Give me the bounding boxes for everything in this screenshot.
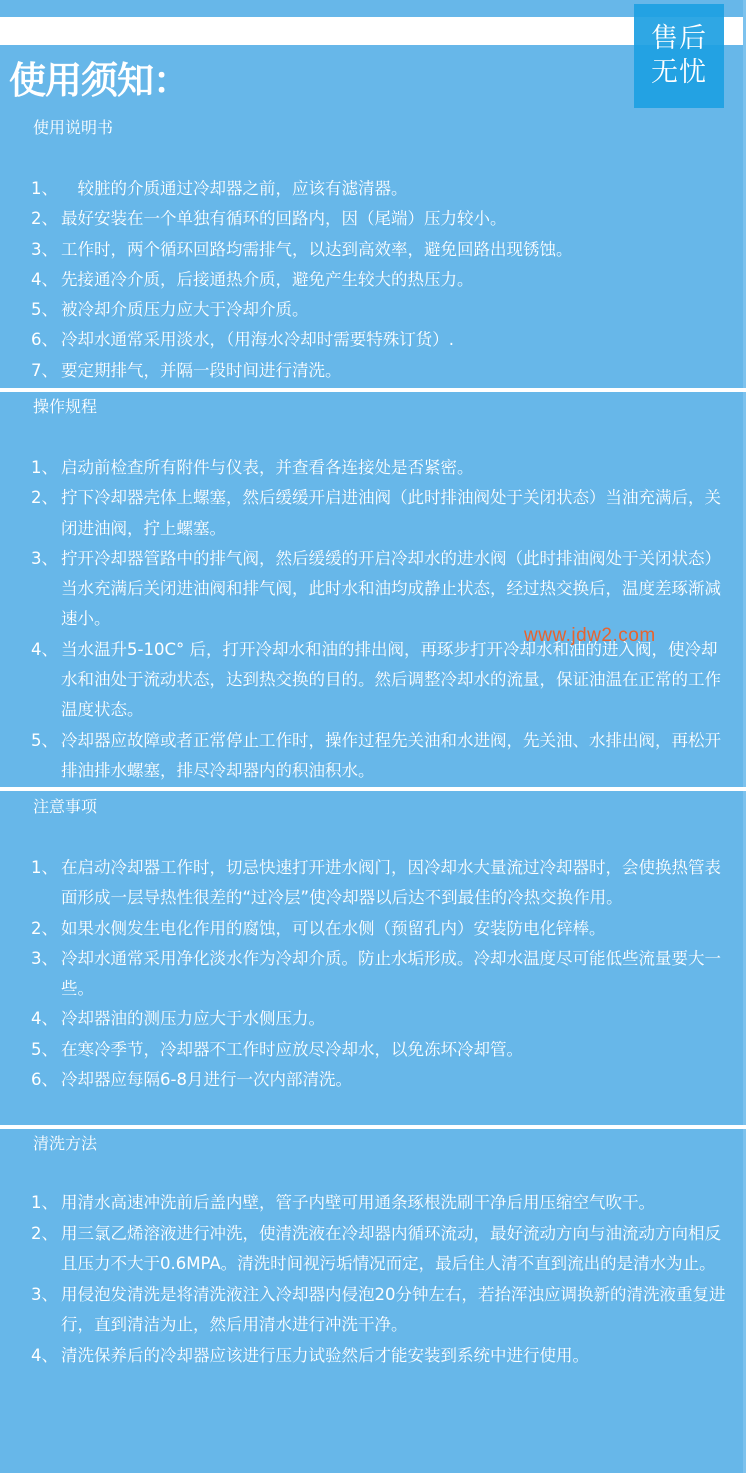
list-item: 4、当水温升5-10C° 后，打开冷却水和油的排出阀，再琢步打开冷却水和油的进入… [31, 635, 731, 726]
list-item: 4、冷却器油的测压力应大于水侧压力。 [31, 1004, 731, 1034]
item-text: 先接通冷介质，后接通热介质，避免产生较大的热压力。 [61, 270, 474, 289]
item-number: 7、 [31, 356, 61, 386]
badge-line-1: 售后 [651, 22, 707, 56]
list-item: 3、拧开冷却器管路中的排气阀，然后缓缓的开启冷却水的进水阀（此时排油阀处于关闭状… [31, 544, 731, 635]
item-text: 最好安装在一个单独有循环的回路内，因（尾端）压力较小。 [61, 209, 507, 228]
list-item: 2、用三氯乙烯溶液进行冲洗，使清洗液在冷却器内循环流动，最好流动方向与油流动方向… [31, 1219, 731, 1280]
list-item: 1、启动前检查所有附件与仪表，并查看各连接处是否紧密。 [31, 453, 731, 483]
section-title-cleaning: 清洗方法 [33, 1133, 97, 1155]
item-number: 1、 [31, 1188, 61, 1219]
list-item: 3、工作时，两个循环回路均需排气，以达到高效率，避免回路出现锈蚀。 [31, 235, 731, 265]
item-text: 当水温升5-10C° 后，打开冷却水和油的排出阀，再琢步打开冷却水和油的进入阀，… [61, 640, 721, 720]
list-item: 4、先接通冷介质，后接通热介质，避免产生较大的热压力。 [31, 265, 731, 295]
badge-line-2: 无忧 [651, 56, 707, 90]
list-item: 2、拧下冷却器壳体上螺塞，然后缓缓开启进油阀（此时排油阀处于关闭状态）当油充满后… [31, 483, 731, 544]
item-text: 要定期排气，并隔一段时间进行清洗。 [61, 361, 342, 380]
section-divider [0, 787, 746, 791]
list-item: 7、要定期排气，并隔一段时间进行清洗。 [31, 356, 731, 386]
item-number: 3、 [31, 1280, 61, 1311]
section-title-operation: 操作规程 [33, 396, 97, 418]
instructions-page: 售后 无忧 使用须知： 使用说明书 1、 较脏的介质通过冷却器之前，应该有滤清器… [0, 0, 746, 1473]
precautions-list: 1、在启动冷却器工作时，切忌快速打开进水阀门，因冷却水大量流过冷却器时，会使换热… [31, 853, 731, 1095]
list-item: 3、冷却水通常采用净化淡水作为冷却介质。防止水垢形成。冷却水温度尽可能低些流量要… [31, 944, 731, 1005]
item-number: 1、 [31, 174, 61, 204]
item-text: 用侵泡发清洗是将清洗液注入冷却器内侵泡20分钟左右，若抬浑浊应调换新的清洗液重复… [61, 1285, 726, 1335]
list-item: 4、清洗保养后的冷却器应该进行压力试验然后才能安装到系统中进行使用。 [31, 1341, 731, 1372]
item-number: 4、 [31, 265, 61, 295]
item-number: 4、 [31, 635, 61, 665]
watermark-link: www.jdw2.com [524, 625, 656, 647]
item-text: 冷却水通常采用淡水，（用海水冷却时需要特殊订货）. [61, 330, 454, 349]
after-sales-badge: 售后 无忧 [634, 4, 724, 108]
item-number: 6、 [31, 1065, 61, 1095]
item-text: 用清水高速冲洗前后盖内壁，管子内壁可用通条琢根洗刷干净后用压缩空气吹干。 [61, 1193, 655, 1212]
section-title-precautions: 注意事项 [33, 796, 97, 818]
list-item: 5、被冷却介质压力应大于冷却介质。 [31, 295, 731, 325]
item-number: 3、 [31, 944, 61, 974]
list-item: 5、在寒冷季节，冷却器不工作时应放尽冷却水，以免冻坏冷却管。 [31, 1035, 731, 1065]
item-text: 较脏的介质通过冷却器之前，应该有滤清器。 [61, 179, 408, 198]
list-item: 3、用侵泡发清洗是将清洗液注入冷却器内侵泡20分钟左右，若抬浑浊应调换新的清洗液… [31, 1280, 731, 1341]
list-item: 6、冷却水通常采用淡水，（用海水冷却时需要特殊订货）. [31, 325, 731, 355]
section-divider [0, 1125, 746, 1129]
item-number: 1、 [31, 453, 61, 483]
list-item: 1、在启动冷却器工作时，切忌快速打开进水阀门，因冷却水大量流过冷却器时，会使换热… [31, 853, 731, 914]
item-number: 1、 [31, 853, 61, 883]
item-text: 在启动冷却器工作时，切忌快速打开进水阀门，因冷却水大量流过冷却器时，会使换热管表… [61, 858, 721, 907]
section-divider [0, 388, 746, 392]
list-item: 1、用清水高速冲洗前后盖内壁，管子内壁可用通条琢根洗刷干净后用压缩空气吹干。 [31, 1188, 731, 1219]
item-text: 如果水侧发生电化作用的腐蚀，可以在水侧（预留孔内）安装防电化锌棒。 [61, 919, 606, 938]
operation-list: 1、启动前检查所有附件与仪表，并查看各连接处是否紧密。 2、拧下冷却器壳体上螺塞… [31, 453, 731, 786]
item-number: 4、 [31, 1004, 61, 1034]
item-text: 启动前检查所有附件与仪表，并查看各连接处是否紧密。 [61, 458, 474, 477]
item-text: 拧开冷却器管路中的排气阀，然后缓缓的开启冷却水的进水阀（此时排油阀处于关闭状态）… [61, 549, 721, 629]
list-item: 2、最好安装在一个单独有循环的回路内，因（尾端）压力较小。 [31, 204, 731, 234]
item-text: 拧下冷却器壳体上螺塞，然后缓缓开启进油阀（此时排油阀处于关闭状态）当油充满后，关… [61, 488, 721, 537]
item-number: 2、 [31, 204, 61, 234]
item-number: 5、 [31, 726, 61, 756]
item-number: 3、 [31, 544, 61, 574]
item-number: 4、 [31, 1341, 61, 1372]
manual-list: 1、 较脏的介质通过冷却器之前，应该有滤清器。 2、最好安装在一个单独有循环的回… [31, 174, 731, 386]
item-text: 清洗保养后的冷却器应该进行压力试验然后才能安装到系统中进行使用。 [61, 1346, 589, 1365]
list-item: 5、冷却器应故障或者正常停止工作时，操作过程先关油和水进阀，先关油、水排出阀，再… [31, 726, 731, 787]
list-item: 2、如果水侧发生电化作用的腐蚀，可以在水侧（预留孔内）安装防电化锌棒。 [31, 914, 731, 944]
item-number: 3、 [31, 235, 61, 265]
item-text: 被冷却介质压力应大于冷却介质。 [61, 300, 309, 319]
item-text: 冷却水通常采用净化淡水作为冷却介质。防止水垢形成。冷却水温度尽可能低些流量要大一… [61, 949, 721, 998]
item-text: 冷却器油的测压力应大于水侧压力。 [61, 1009, 325, 1028]
section-title-manual: 使用说明书 [33, 117, 113, 139]
list-item: 6、冷却器应每隔6-8月进行一次内部清洗。 [31, 1065, 731, 1095]
item-number: 5、 [31, 295, 61, 325]
page-title: 使用须知： [9, 58, 189, 104]
item-number: 6、 [31, 325, 61, 355]
item-number: 5、 [31, 1035, 61, 1065]
item-text: 冷却器应故障或者正常停止工作时，操作过程先关油和水进阀，先关油、水排出阀，再松开… [61, 731, 721, 780]
item-text: 用三氯乙烯溶液进行冲洗，使清洗液在冷却器内循环流动，最好流动方向与油流动方向相反… [61, 1224, 721, 1274]
item-text: 在寒冷季节，冷却器不工作时应放尽冷却水，以免冻坏冷却管。 [61, 1040, 523, 1059]
list-item: 1、 较脏的介质通过冷却器之前，应该有滤清器。 [31, 174, 731, 204]
item-text: 冷却器应每隔6-8月进行一次内部清洗。 [61, 1070, 352, 1089]
cleaning-list: 1、用清水高速冲洗前后盖内壁，管子内壁可用通条琢根洗刷干净后用压缩空气吹干。 2… [31, 1188, 731, 1372]
item-number: 2、 [31, 1219, 61, 1250]
item-number: 2、 [31, 914, 61, 944]
item-text: 工作时，两个循环回路均需排气，以达到高效率，避免回路出现锈蚀。 [61, 240, 573, 259]
item-number: 2、 [31, 483, 61, 513]
